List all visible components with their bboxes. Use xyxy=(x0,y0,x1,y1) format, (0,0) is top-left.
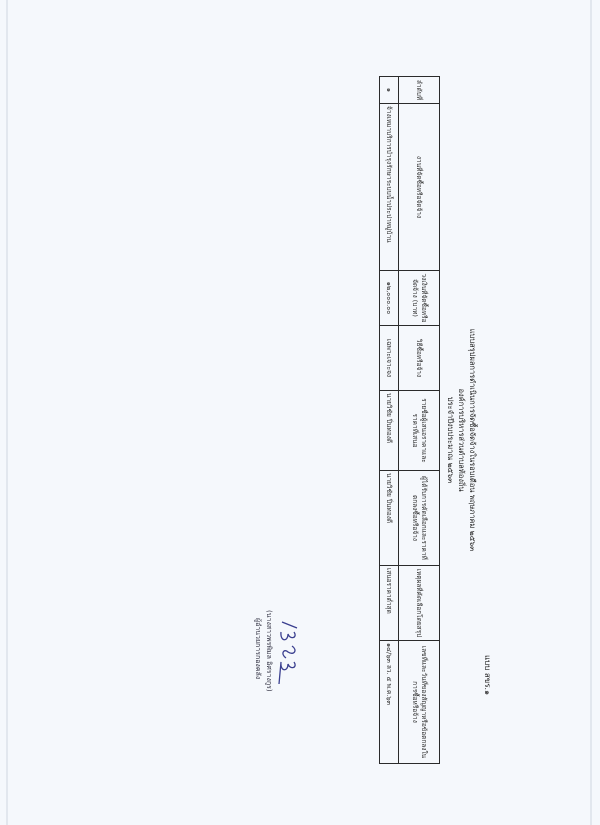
header-item: งานที่จัดซื้อหรือจัดจ้าง xyxy=(399,104,440,271)
header-reason: เหตุผลที่คัดเลือกโดยสรุป xyxy=(399,566,440,641)
cell-no: ๑ xyxy=(380,77,399,104)
organization-name: องค์การบริหารส่วนตำบลท้องถิ่น xyxy=(455,240,467,640)
header-winner: ผู้ได้รับการคัดเลือกและราคาที่ตกลงซื้อหร… xyxy=(399,471,440,566)
header-bidders: รายชื่อผู้เสนอราคาและราคาที่เสนอ xyxy=(399,391,440,471)
signer-name: (นางสาวพรพิมล อิศรางกูร) xyxy=(263,610,274,692)
procurement-table: ลำดับที่ งานที่จัดซื้อหรือจัดจ้าง วงเงิน… xyxy=(379,76,440,764)
cell-reason: เสนอราคาต่ำสุด xyxy=(380,566,399,641)
header-budget: วงเงินที่จัดซื้อหรือจัดจ้าง (บาท) xyxy=(399,271,440,326)
cell-budget: ๑๒,๐๐๐.๐๐ xyxy=(380,271,399,326)
header-contract: เลขที่และวันที่ของสัญญาหรือข้อตกลงในการซ… xyxy=(399,641,440,764)
document-title: แบบสรุปผลการดำเนินการจัดซื้อจัดจ้างในรอบ… xyxy=(466,240,478,640)
signer-position: ผู้อำนวยการกองคลัง xyxy=(252,618,263,679)
cell-item: จ้างเหมาบริการบำรุงรักษาระบบน้ำประปาหมู่… xyxy=(380,104,399,271)
scanned-page: แบบ สขร.๑ แบบสรุปผลการดำเนินการจัดซื้อจั… xyxy=(0,0,600,825)
header-no: ลำดับที่ xyxy=(399,77,440,104)
handwritten-signature xyxy=(278,618,300,688)
rotated-document: แบบ สขร.๑ แบบสรุปผลการดำเนินการจัดซื้อจั… xyxy=(0,0,600,825)
fiscal-year: ประจำปีงบประมาณ ๒๕๖๓ xyxy=(444,240,456,640)
table-header-row: ลำดับที่ งานที่จัดซื้อหรือจัดจ้าง วงเงิน… xyxy=(399,77,440,764)
cell-bidders: นายวิชัย ปิ่นทองดี xyxy=(380,391,399,471)
cell-contract: ๑๔/๖๓ ลว. ๕ พ.ค.๖๓ xyxy=(380,641,399,764)
cell-method: เฉพาะเจาะจง xyxy=(380,326,399,391)
table-row: ๑ จ้างเหมาบริการบำรุงรักษาระบบน้ำประปาหม… xyxy=(380,77,399,764)
form-code: แบบ สขร.๑ xyxy=(481,655,494,695)
cell-winner: นายวิชัย ปิ่นทองดี xyxy=(380,471,399,566)
header-method: วิธีซื้อหรือจ้าง xyxy=(399,326,440,391)
